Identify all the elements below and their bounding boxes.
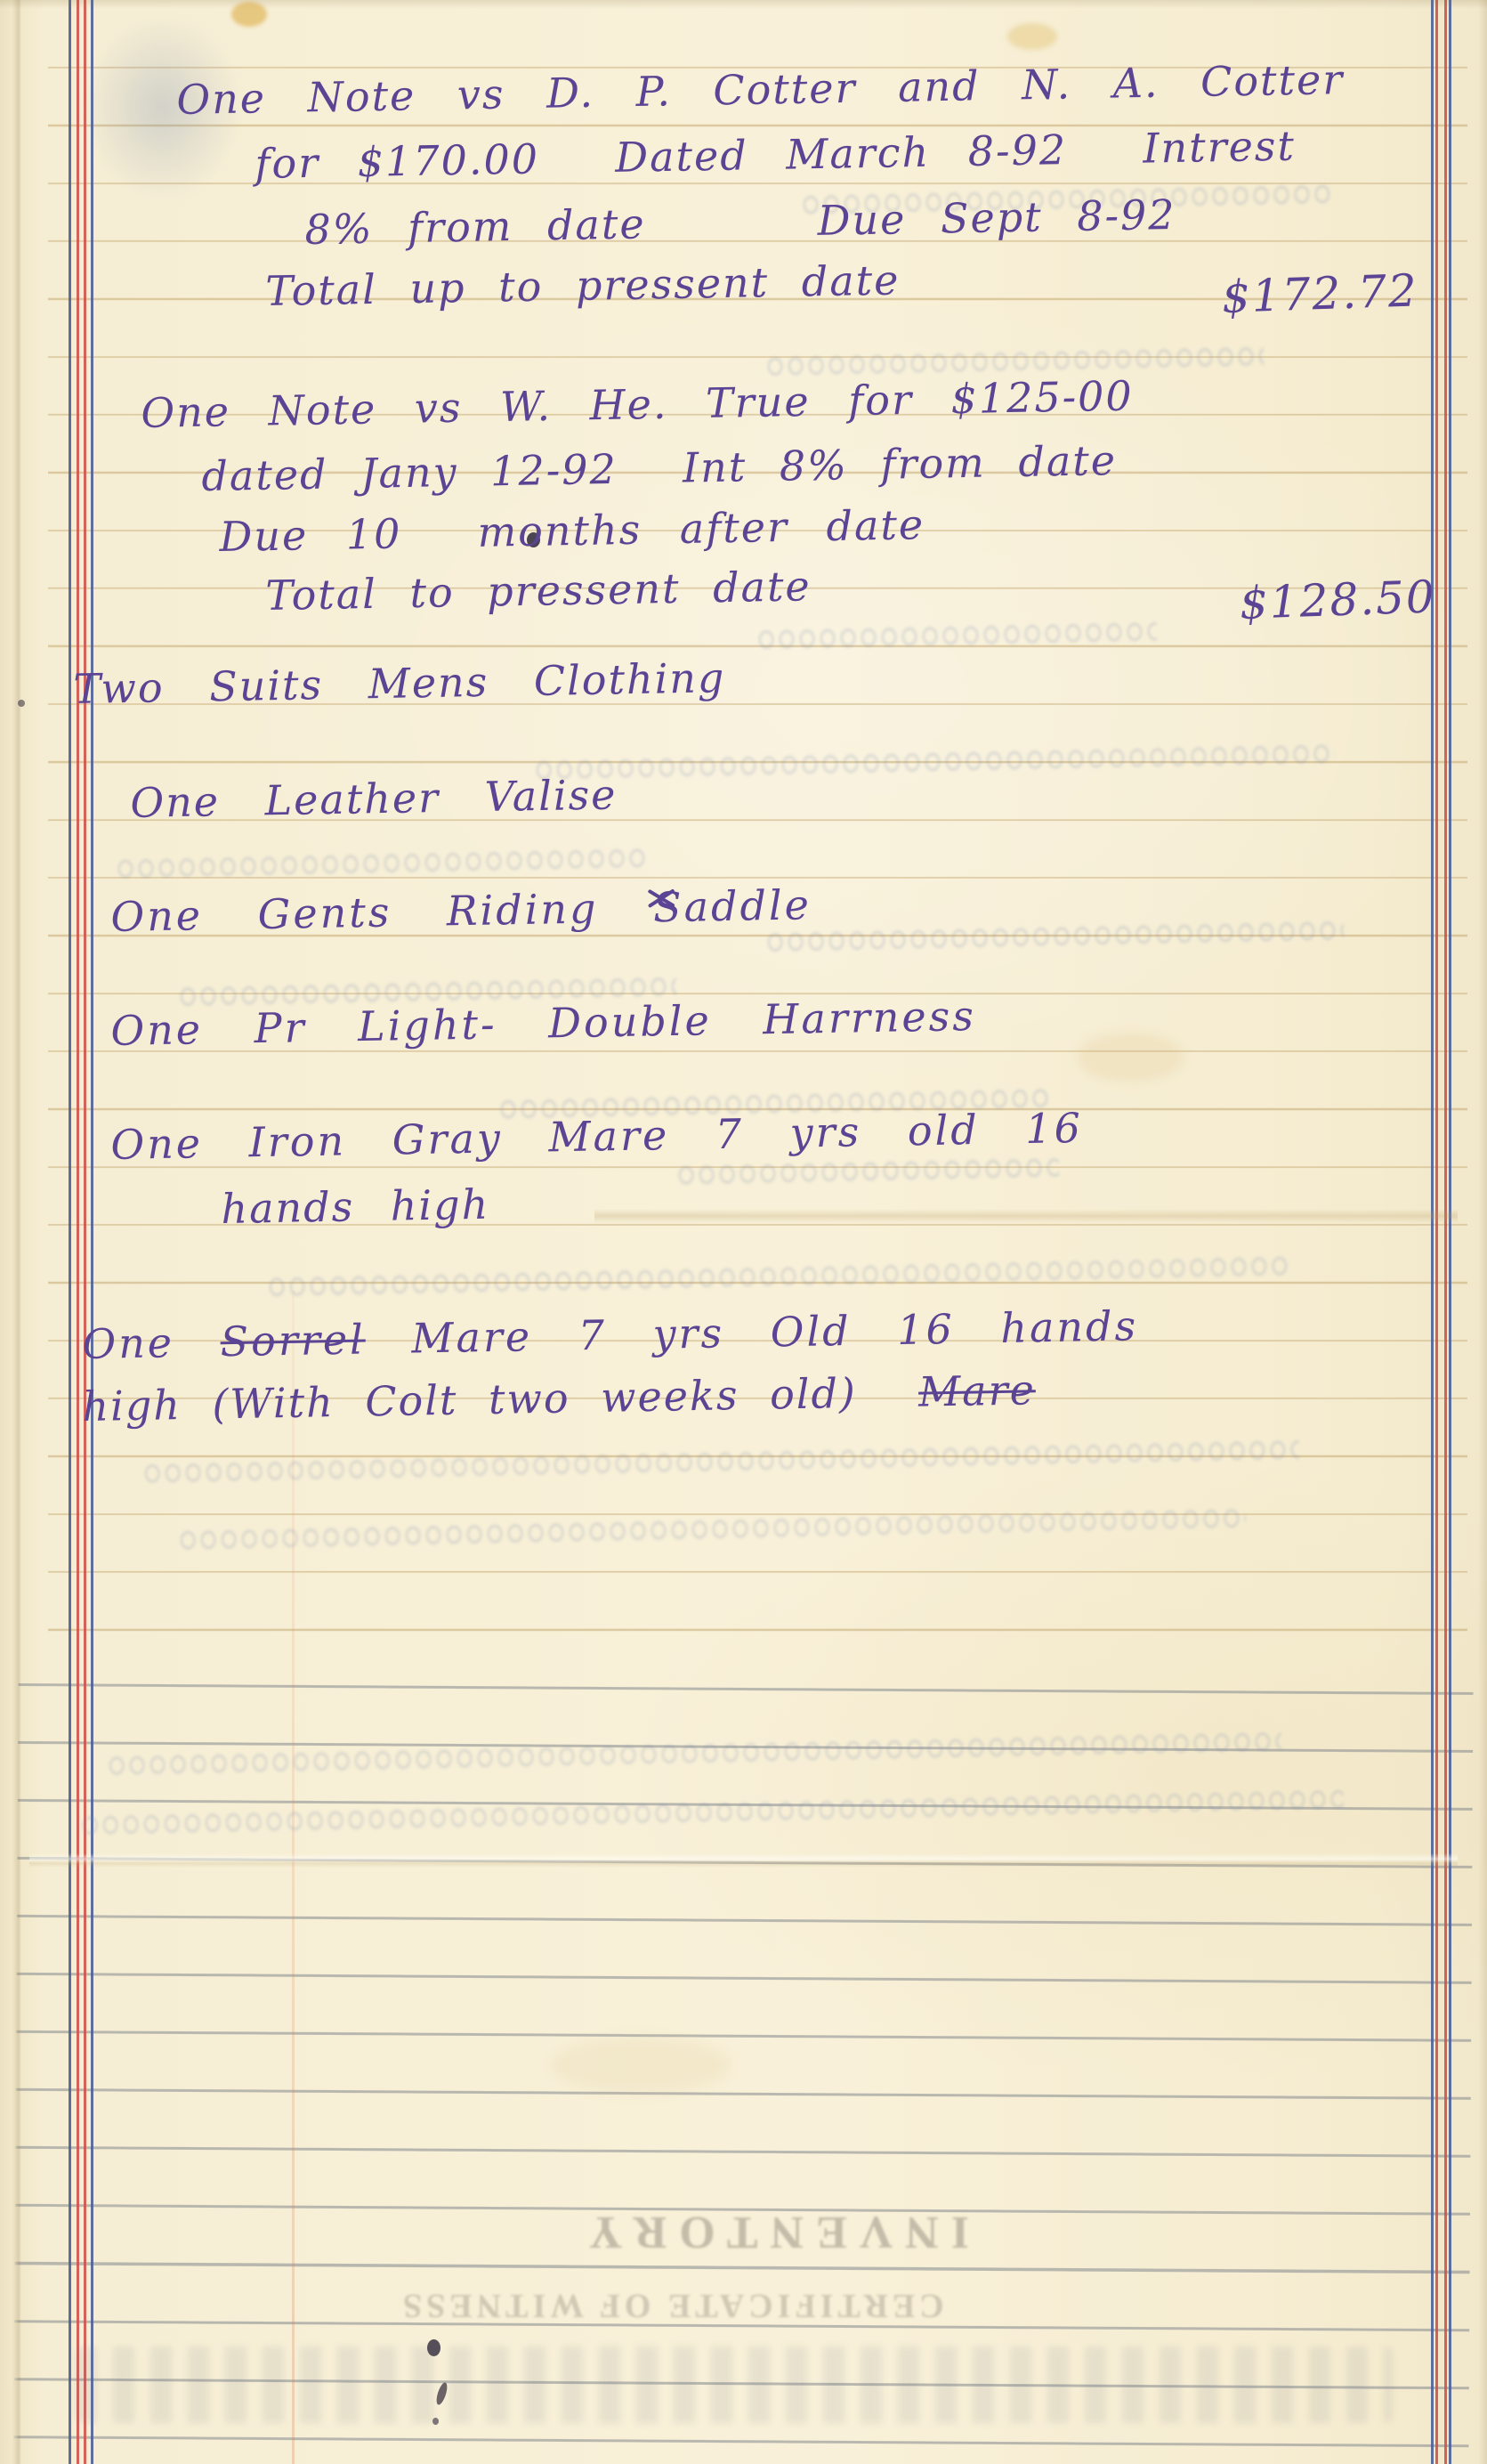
entry2-total-amount: $128.50 [1239, 571, 1437, 629]
struck-word-sorrel: Sorrel [220, 1315, 366, 1366]
yellow-stain [231, 2, 267, 27]
item-sorrel-pre: One [82, 1317, 221, 1368]
yellow-stain [1007, 23, 1057, 50]
ghost-inventory-text: INVENTORY [577, 2206, 969, 2258]
handwritten-inventory-page: One Note vs D. P. Cotter and N. A. Cotte… [0, 0, 1487, 2464]
left-margin-band [68, 0, 94, 2464]
item-saddle-text: One Gents Riding [110, 883, 654, 941]
paper-edge-top [0, 0, 1487, 9]
item-valise: One Leather Valise [130, 771, 618, 826]
ink-speck [18, 700, 25, 707]
entry1-total-amount: $172.72 [1221, 265, 1419, 323]
item-iron-gray-mare-line2: hands high [221, 1181, 490, 1233]
fold-crease [29, 1853, 1457, 1868]
paper-edge-right [1478, 0, 1487, 2464]
paper-edge-left [0, 0, 21, 2464]
fold-crease [594, 1209, 1457, 1223]
ghost-certificate-of-witness-text: CERTIFICATE OF WITNESS [399, 2286, 944, 2325]
yellow-stain [1077, 1033, 1184, 1082]
ghost-large-print-band [76, 2346, 1393, 2423]
entry2-line4: Total to pressent date [265, 563, 812, 620]
yellow-stain [552, 2038, 730, 2092]
right-margin-band [1429, 0, 1456, 2464]
struck-word-mare: Mare [918, 1366, 1037, 1415]
item-saddle-word-with-x-scribble: Saddle [653, 881, 812, 931]
